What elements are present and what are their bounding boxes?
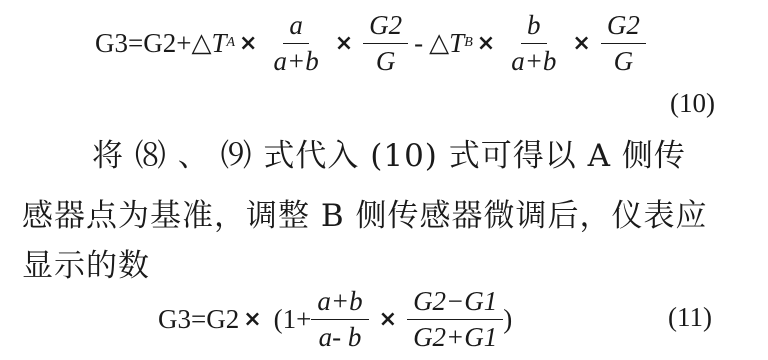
- denominator: a- b: [313, 320, 368, 351]
- denominator: a+b: [505, 44, 562, 75]
- equation-number-11: (11): [668, 302, 712, 333]
- times-symbol: ×: [379, 307, 397, 332]
- numerator: G2−G1: [407, 288, 503, 320]
- eq10-lhs: G3=G2+: [95, 28, 191, 59]
- paragraph-line-1: 将 ⑻ 、 ⑼ 式代入 (10) 式可得以 A 侧传: [92, 130, 686, 175]
- times-symbol: ×: [243, 307, 261, 332]
- eq10-ta: T: [211, 28, 226, 59]
- eq11-lhs: G3=G2: [158, 304, 239, 335]
- delta-symbol: △: [429, 28, 449, 58]
- equation-11: G3=G2 × (1+ a+b a- b × G2−G1 G2+G1 ): [158, 284, 512, 354]
- eq10-fraction-2: G2 G: [363, 12, 408, 75]
- eq10-tb-sub: B: [464, 35, 473, 51]
- eq11-open: (1+: [274, 304, 312, 335]
- eq10-fraction-4: G2 G: [601, 12, 646, 75]
- minus-symbol: -: [414, 28, 423, 59]
- paragraph-line-2: 感器点为基准，调整 B 侧传感器微调后，仪表应: [22, 190, 708, 235]
- times-symbol: ×: [239, 31, 257, 56]
- numerator: G2: [363, 12, 408, 44]
- times-symbol: ×: [335, 31, 353, 56]
- numerator: a: [283, 12, 309, 44]
- eq10-ta-sub: A: [226, 35, 235, 51]
- denominator: a+b: [267, 44, 324, 75]
- denominator: G: [608, 44, 640, 75]
- delta-symbol: △: [191, 28, 211, 58]
- numerator: b: [521, 12, 547, 44]
- numerator: a+b: [311, 288, 368, 320]
- times-symbol: ×: [572, 31, 590, 56]
- eq10-fraction-1: a a+b: [267, 12, 324, 75]
- eq10-tb: T: [449, 28, 464, 59]
- eq11-fraction-1: a+b a- b: [311, 288, 368, 351]
- equation-number-10: (10): [670, 88, 715, 119]
- denominator: G: [370, 44, 402, 75]
- denominator: G2+G1: [407, 320, 503, 351]
- numerator: G2: [601, 12, 646, 44]
- times-symbol: ×: [477, 31, 495, 56]
- equation-10: G3=G2+ △ TA × a a+b × G2 G - △ TB × b a+…: [95, 8, 652, 78]
- eq11-fraction-2: G2−G1 G2+G1: [407, 288, 503, 351]
- eq10-fraction-3: b a+b: [505, 12, 562, 75]
- eq11-close: ): [503, 304, 512, 335]
- paragraph-line-3: 显示的数: [22, 240, 150, 285]
